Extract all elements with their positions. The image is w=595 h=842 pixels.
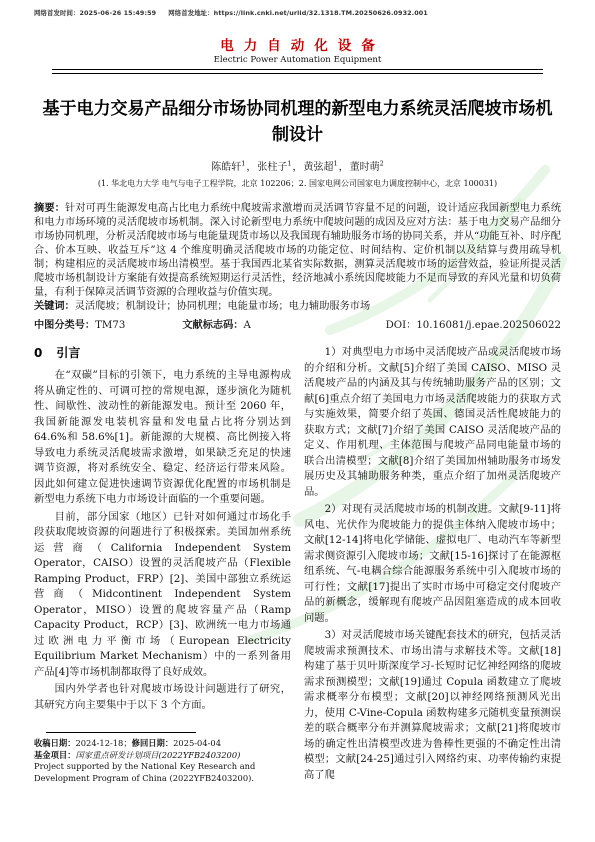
intro-paragraph-2: 目前，部分国家（地区）已针对如何通过市场化手段获取爬坡资源的问题进行了积极探索。… (34, 510, 291, 681)
footnote-fund-english: Project supported by the National Key Re… (34, 761, 291, 784)
received-date-label: 收稿日期： (34, 738, 76, 748)
abstract-paragraph: 摘要：针对可再生能源发电高占比电力系统中爬坡需求激增而灵活调节容量不足的问题，设… (34, 202, 561, 300)
author-separator: ， (339, 162, 349, 173)
author-affil-mark: 1 (334, 159, 338, 167)
received-date: 2024-12-18； (76, 738, 132, 748)
authors-line: 陈皓轩1，张柱子1，黄弦超1，董时萌2 (0, 158, 595, 173)
two-column-body: 0引言 在“双碳”目标的引领下，电力系统的主导电源构成将从确定性的、可调可控的常… (34, 340, 561, 788)
paper-page: 网络首发时间：2025-06-26 15:49:59网络首发地址：https:/… (0, 0, 595, 842)
keywords-label: 关键词： (34, 301, 75, 312)
author-affil-mark: 1 (241, 159, 245, 167)
journal-name-english: Electric Power Automation Equipment (0, 55, 595, 65)
right-column: 1）对典型电力市场中灵活爬坡产品或灵活爬坡市场的介绍和分析。文献[5]介绍了美国… (304, 340, 561, 788)
document-code-label: 文献标志码： (182, 320, 243, 331)
author-name: 黄弦超 (304, 162, 334, 173)
survey-paragraph-1: 1）对典型电力市场中灵活爬坡产品或灵活爬坡市场的介绍和分析。文献[5]介绍了美国… (304, 345, 561, 500)
section-title: 引言 (56, 346, 80, 360)
revised-date-label: 修回日期： (132, 738, 174, 748)
prepub-time: 2025-06-26 15:49:59 (79, 9, 156, 17)
footnote-dates: 收稿日期：2024-12-18；修回日期：2025-04-04 (34, 738, 291, 750)
left-column: 0引言 在“双碳”目标的引领下，电力系统的主导电源构成将从确定性的、可调可控的常… (34, 340, 291, 788)
revised-date: 2025-04-04 (173, 738, 221, 748)
author-affil-mark: 1 (287, 159, 291, 167)
keywords-line: 关键词：灵活爬坡；机制设计；协同机理；电能量市场；电力辅助服务市场 (34, 300, 561, 314)
journal-name-chinese: 电力自动化设备 (0, 34, 595, 54)
doi-label: DOI： (386, 320, 417, 331)
document-code-value: A (243, 320, 250, 331)
section-heading-introduction: 0引言 (34, 344, 291, 361)
author-name: 张柱子 (257, 162, 287, 173)
footnote-block: 收稿日期：2024-12-18；修回日期：2025-04-04 基金项目：国家重… (34, 732, 291, 784)
header-divider-rule (52, 69, 543, 74)
document-code: 文献标志码：A (182, 316, 250, 331)
prepub-time-label: 网络首发时间： (34, 9, 79, 17)
prepub-address-url: https://link.cnki.net/urlid/32.1318.TM.2… (214, 9, 428, 17)
survey-paragraph-3: 3）对灵活爬坡市场关键配套技术的研究，包括灵活爬坡需求预测技术、市场出清与求解技… (304, 628, 561, 783)
doi-value: 10.16081/j.epae.202506022 (416, 320, 561, 331)
clc-number: 中图分类号：TM73 (34, 316, 125, 331)
prepub-address-label: 网络首发地址： (168, 9, 213, 17)
section-number: 0 (34, 346, 42, 360)
fund-label: 基金项目： (34, 750, 76, 760)
intro-paragraph-1: 在“双碳”目标的引领下，电力系统的主导电源构成将从确定性的、可调可控的常规电源，… (34, 368, 291, 508)
footnote-rule (46, 732, 196, 733)
author-name: 董时萌 (350, 162, 380, 173)
paper-title: 基于电力交易产品细分市场协同机理的新型电力系统灵活爬坡市场机制设计 (40, 96, 555, 149)
abstract-text: 针对可再生能源发电高占比电力系统中爬坡需求激增而灵活调节容量不足的问题，设计适应… (34, 203, 561, 298)
classification-line: 中图分类号：TM73 文献标志码：A DOI：10.16081/j.epae.2… (34, 316, 561, 331)
footnote-fund: 基金项目：国家重点研发计划项目(2022YFB2403200) (34, 750, 291, 762)
doi: DOI：10.16081/j.epae.202506022 (386, 316, 561, 331)
survey-paragraph-2: 2）对现有灵活爬坡市场的机制改进。文献[9-11]将风电、光伏作为爬坡能力的提供… (304, 502, 561, 626)
prepublication-info-line: 网络首发时间：2025-06-26 15:49:59网络首发地址：https:/… (34, 8, 595, 17)
clc-value: TM73 (95, 320, 125, 331)
abstract-label: 摘要： (34, 203, 65, 214)
author-name: 陈皓轩 (211, 162, 241, 173)
keywords-text: 灵活爬坡；机制设计；协同机理；电能量市场；电力辅助服务市场 (75, 301, 370, 312)
author-affil-mark: 2 (380, 159, 384, 167)
fund-project: 国家重点研发计划项目(2022YFB2403200) (76, 750, 241, 760)
author-separator: ， (246, 162, 256, 173)
author-separator: ， (293, 162, 303, 173)
clc-label: 中图分类号： (34, 320, 95, 331)
affiliation-line: (1. 华北电力大学 电气与电子工程学院，北京 102206；2. 国家电网公司… (0, 178, 595, 189)
intro-paragraph-3: 国内外学者也针对爬坡市场设计问题进行了研究，其研究方向主要集中于以下 3 个方面… (34, 682, 291, 713)
